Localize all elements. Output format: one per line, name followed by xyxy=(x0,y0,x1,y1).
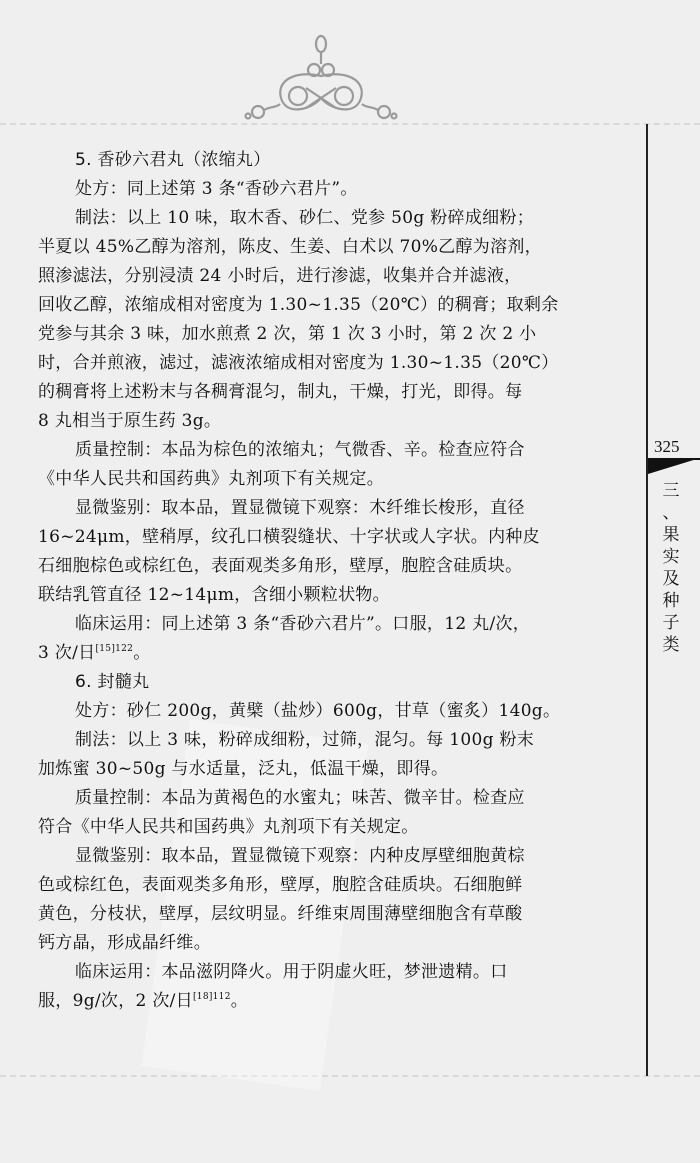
paragraph-line: 石细胞棕色或棕红色，表面观类多角形，壁厚，胞腔含硅质块。 xyxy=(38,552,638,581)
line-text: 回收乙醇，浓缩成相对密度为 1.30~1.35（20℃）的稠膏；取剩余 xyxy=(38,295,559,315)
line-end-punctuation: 。 xyxy=(133,643,150,663)
citation-superscript: [15]122 xyxy=(95,644,133,654)
paragraph-line: 处方：砂仁 200g，黄檗（盐炒）600g，甘草（蜜炙）140g。 xyxy=(38,697,638,726)
paragraph-line: 16~24μm，壁稍厚，纹孔口横裂缝状、十字状或人字状。内种皮 xyxy=(38,523,638,552)
paragraph-line: 临床运用：本品滋阴降火。用于阴虚火旺，梦泄遗精。口 xyxy=(38,958,638,987)
paragraph-line: 显微鉴别：取本品，置显微镜下观察：内种皮厚壁细胞黄棕 xyxy=(38,842,638,871)
line-text: 服，9g/次，2 次/日 xyxy=(38,991,193,1011)
margin-vertical-rule xyxy=(646,124,648,1076)
citation-superscript: [18]112 xyxy=(193,992,231,1002)
line-text: 质量控制：本品为黄褐色的水蜜丸；味苦、微辛甘。检查应 xyxy=(75,788,525,808)
line-text: 时，合并煎液，滤过，滤液浓缩成相对密度为 1.30~1.35（20℃） xyxy=(38,353,559,373)
paragraph-line: 服，9g/次，2 次/日[18]112。 xyxy=(38,987,638,1016)
line-end-punctuation: 。 xyxy=(231,991,248,1011)
section-heading: 6. 封髓丸 xyxy=(38,668,638,697)
line-text: 显微鉴别：取本品，置显微镜下观察：木纤维长梭形，直径 xyxy=(75,498,525,518)
line-text: 《中华人民共和国药典》丸剂项下有关规定。 xyxy=(38,469,384,489)
line-text: 处方：同上述第 3 条“香砂六君片”。 xyxy=(75,179,358,199)
paragraph-line: 处方：同上述第 3 条“香砂六君片”。 xyxy=(38,175,638,204)
line-text: 制法：以上 10 味，取木香、砂仁、党参 50g 粉碎成细粉； xyxy=(75,208,534,228)
paragraph-line: 色或棕红色，表面观类多角形，壁厚，胞腔含硅质块。石细胞鲜 xyxy=(38,871,638,900)
paragraph-line: 《中华人民共和国药典》丸剂项下有关规定。 xyxy=(38,465,638,494)
line-text: 联结乳管直径 12~14μm，含细小颗粒状物。 xyxy=(38,585,390,605)
line-text: 钙方晶，形成晶纤维。 xyxy=(38,933,211,953)
thumb-tab-triangle xyxy=(648,458,700,474)
chapter-label-char: 子 xyxy=(660,612,682,634)
paragraph-line: 质量控制：本品为棕色的浓缩丸；气微香、辛。检查应符合 xyxy=(38,436,638,465)
paragraph-line: 钙方晶，形成晶纤维。 xyxy=(38,929,638,958)
line-text: 质量控制：本品为棕色的浓缩丸；气微香、辛。检查应符合 xyxy=(75,440,525,460)
paragraph-line: 半夏以 45%乙醇为溶剂，陈皮、生姜、白术以 70%乙醇为溶剂， xyxy=(38,233,638,262)
chapter-label-char: 种 xyxy=(660,590,682,612)
line-text: 石细胞棕色或棕红色，表面观类多角形，壁厚，胞腔含硅质块。 xyxy=(38,556,522,576)
chapter-label-char: 实 xyxy=(660,546,682,568)
line-text: 符合《中华人民共和国药典》丸剂项下有关规定。 xyxy=(38,817,419,837)
chapter-label-char: 果 xyxy=(660,524,682,546)
line-text: 加炼蜜 30~50g 与水适量，泛丸，低温干燥，即得。 xyxy=(38,759,448,779)
paragraph-line: 制法：以上 3 味，粉碎成细粉，过筛，混匀。每 100g 粉末 xyxy=(38,726,638,755)
paragraph-line: 质量控制：本品为黄褐色的水蜜丸；味苦、微辛甘。检查应 xyxy=(38,784,638,813)
line-text: 制法：以上 3 味，粉碎成细粉，过筛，混匀。每 100g 粉末 xyxy=(75,730,534,750)
decorative-knot-ornament-icon xyxy=(236,30,406,126)
chapter-label-char: 、 xyxy=(660,502,682,524)
line-text: 临床运用：本品滋阴降火。用于阴虚火旺，梦泄遗精。口 xyxy=(75,962,508,982)
chapter-label-char: 及 xyxy=(660,568,682,590)
chapter-label-char: 类 xyxy=(660,634,682,656)
paragraph-line: 回收乙醇，浓缩成相对密度为 1.30~1.35（20℃）的稠膏；取剩余 xyxy=(38,291,638,320)
footer-divider xyxy=(0,1075,700,1077)
line-text: 半夏以 45%乙醇为溶剂，陈皮、生姜、白术以 70%乙醇为溶剂， xyxy=(38,237,542,257)
line-text: 的稠膏将上述粉末与各稠膏混匀，制丸，干燥，打光，即得。每 xyxy=(38,382,522,402)
line-text: 8 丸相当于原生药 3g。 xyxy=(38,411,221,431)
chapter-label-char: 三 xyxy=(660,480,682,502)
paragraph-line: 加炼蜜 30~50g 与水适量，泛丸，低温干燥，即得。 xyxy=(38,755,638,784)
paragraph-line: 显微鉴别：取本品，置显微镜下观察：木纤维长梭形，直径 xyxy=(38,494,638,523)
paragraph-line: 8 丸相当于原生药 3g。 xyxy=(38,407,638,436)
line-text: 照渗滤法，分别浸渍 24 小时后，进行渗滤，收集并合并滤液， xyxy=(38,266,521,286)
line-text: 显微鉴别：取本品，置显微镜下观察：内种皮厚壁细胞黄棕 xyxy=(75,846,525,866)
paragraph-line: 符合《中华人民共和国药典》丸剂项下有关规定。 xyxy=(38,813,638,842)
chapter-vertical-label: 三、果实及种子类 xyxy=(660,480,682,656)
paragraph-line: 照渗滤法，分别浸渍 24 小时后，进行渗滤，收集并合并滤液， xyxy=(38,262,638,291)
line-text: 16~24μm，壁稍厚，纹孔口横裂缝状、十字状或人字状。内种皮 xyxy=(38,527,540,547)
line-text: 处方：砂仁 200g，黄檗（盐炒）600g，甘草（蜜炙）140g。 xyxy=(75,701,560,721)
paragraph-line: 时，合并煎液，滤过，滤液浓缩成相对密度为 1.30~1.35（20℃） xyxy=(38,349,638,378)
page-number: 325 xyxy=(654,437,680,457)
paragraph-line: 黄色，分枝状，壁厚，层纹明显。纤维束周围薄壁细胞含有草酸 xyxy=(38,900,638,929)
header-divider xyxy=(0,123,700,125)
line-text: 色或棕红色，表面观类多角形，壁厚，胞腔含硅质块。石细胞鲜 xyxy=(38,875,522,895)
paragraph-line: 党参与其余 3 味，加水煎煮 2 次，第 1 次 3 小时，第 2 次 2 小 xyxy=(38,320,638,349)
paragraph-line: 联结乳管直径 12~14μm，含细小颗粒状物。 xyxy=(38,581,638,610)
line-text: 3 次/日 xyxy=(38,643,95,663)
paragraph-line: 制法：以上 10 味，取木香、砂仁、党参 50g 粉碎成细粉； xyxy=(38,204,638,233)
line-text: 党参与其余 3 味，加水煎煮 2 次，第 1 次 3 小时，第 2 次 2 小 xyxy=(38,324,536,344)
page-body: 5. 香砂六君丸（浓缩丸）处方：同上述第 3 条“香砂六君片”。制法：以上 10… xyxy=(38,146,638,1016)
paragraph-line: 3 次/日[15]122。 xyxy=(38,639,638,668)
section-heading: 5. 香砂六君丸（浓缩丸） xyxy=(38,146,638,175)
paragraph-line: 临床运用：同上述第 3 条“香砂六君片”。口服，12 丸/次， xyxy=(38,610,638,639)
paragraph-line: 的稠膏将上述粉末与各稠膏混匀，制丸，干燥，打光，即得。每 xyxy=(38,378,638,407)
line-text: 临床运用：同上述第 3 条“香砂六君片”。口服，12 丸/次， xyxy=(75,614,530,634)
line-text: 黄色，分枝状，壁厚，层纹明显。纤维束周围薄壁细胞含有草酸 xyxy=(38,904,522,924)
